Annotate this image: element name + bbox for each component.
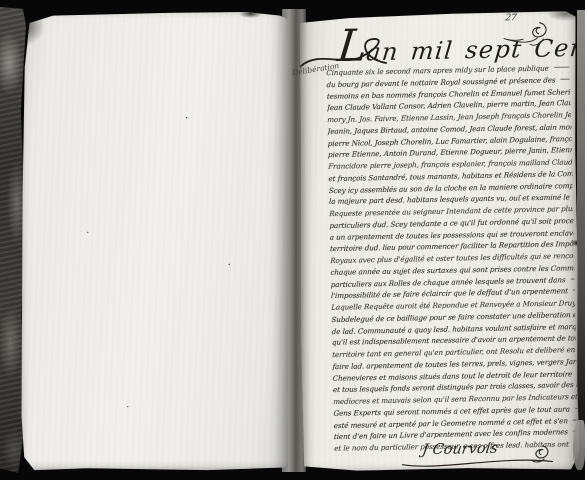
page-stack-edge: [577, 10, 585, 465]
scanned-manuscript: 27 Lan mil sept Cent Cinquante six le se…: [0, 0, 585, 480]
signature-block: J Courvois: [400, 437, 571, 473]
heading-rest: an mil sept Cent: [365, 33, 585, 66]
line-filler-stroke: [573, 419, 577, 420]
page-corner-curl: [573, 420, 585, 470]
line-filler-stroke: [575, 408, 578, 409]
line-filler-stroke: [554, 67, 569, 68]
signature-paraph-icon: [528, 441, 554, 466]
page-content: 27 Lan mil sept Cent Cinquante six le se…: [295, 9, 583, 475]
left-page-blank: [21, 12, 288, 471]
line-filler-stroke: [573, 290, 575, 291]
right-page: 27 Lan mil sept Cent Cinquante six le se…: [299, 11, 580, 473]
line-filler-stroke: [570, 278, 574, 279]
body-text: Cinquante six le second mars apres midy …: [326, 62, 578, 455]
line-filler-stroke: [560, 78, 569, 79]
